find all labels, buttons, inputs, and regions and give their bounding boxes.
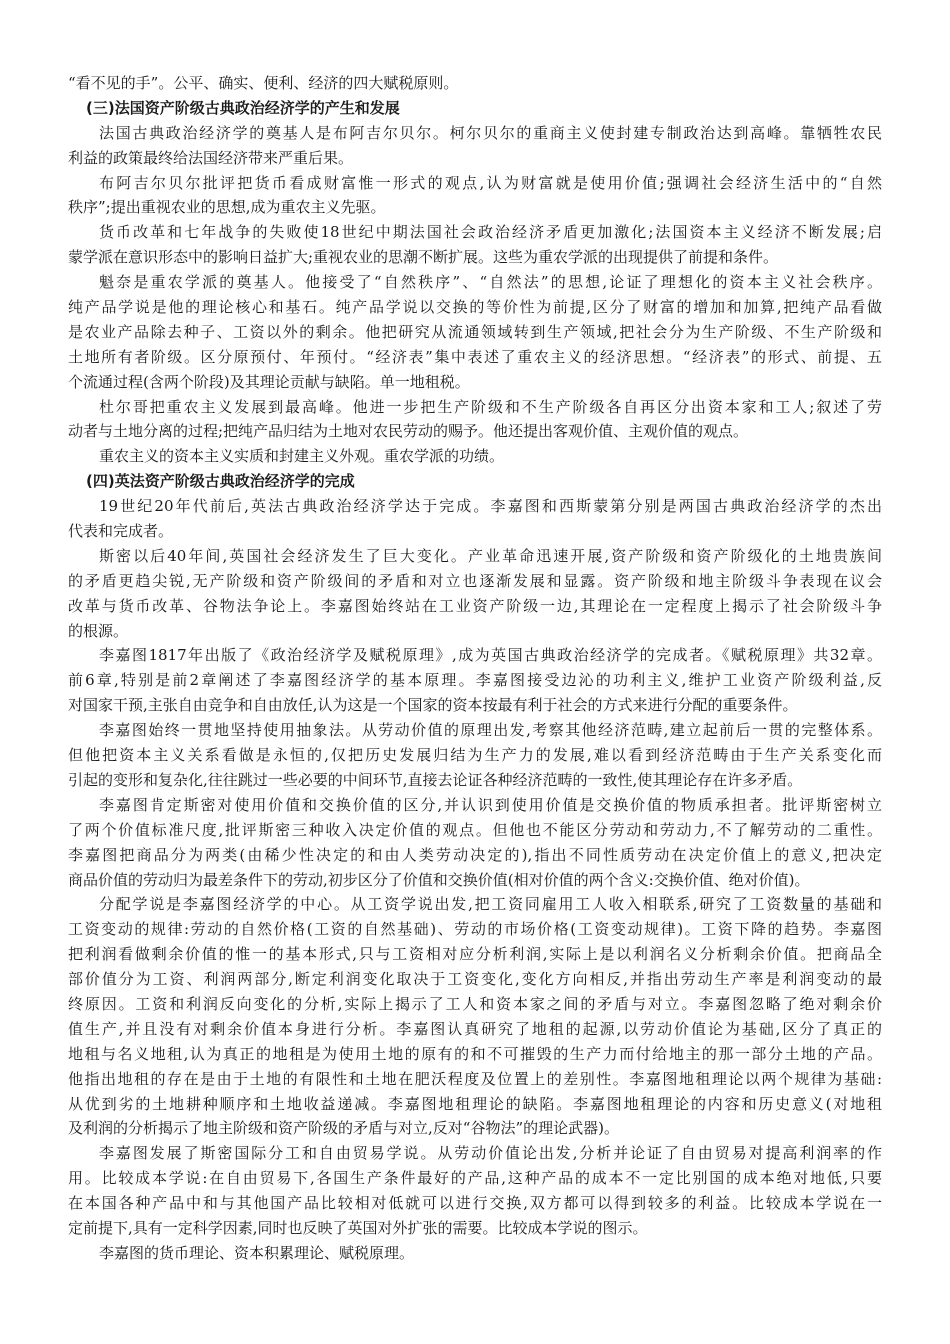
text-line: 用。比较成本学说:在自由贸易下,各国生产条件最好的产品,这种产品的成本不一定比别…: [68, 1166, 882, 1191]
text-line: 李嘉图的货币理论、资本积累理论、赋税原理。: [68, 1241, 882, 1266]
text-line: 重农主义的资本主义实质和封建主义外观。重农学派的功绩。: [68, 444, 882, 469]
text-line: 杜尔哥把重农主义发展到最高峰。他进一步把生产阶级和不生产阶级各自再区分出资本家和…: [68, 395, 882, 420]
text-line: 了两个价值标准尺度,批评斯密三种收入决定价值的观点。但他也不能区分劳动和劳动力,…: [68, 818, 882, 843]
paragraph: 李嘉图1817年出版了《政治经济学及赋税原理》,成为英国古典政治经济学的完成者。…: [68, 643, 882, 718]
text-line: 魁奈是重农学派的奠基人。他接受了“自然秩序”、“自然法”的思想,论证了理想化的资…: [68, 270, 882, 295]
text-line: 但他把资本主义关系看做是永恒的,仅把历史发展归结为生产力的发展,难以看到经济范畴…: [68, 743, 882, 768]
text-line: 值生产,并且没有对剩余价值本身进行分析。李嘉图认真研究了地租的起源,以劳动价值论…: [68, 1017, 882, 1042]
paragraph: 重农主义的资本主义实质和封建主义外观。重农学派的功绩。: [68, 444, 882, 469]
text-line: 对国家干预,主张自由竞争和自由放任,认为这是一个国家的资本按最有利于社会的方式来…: [68, 693, 882, 718]
text-line: 商品价值的劳动归为最差条件下的劳动,初步区分了价值和交换价值(相对价值的两个含义…: [68, 868, 882, 893]
text-line: 李嘉图始终一贯地坚持使用抽象法。从劳动价值的原理出发,考察其他经济范畴,建立起前…: [68, 718, 882, 743]
paragraph: 李嘉图的货币理论、资本积累理论、赋税原理。: [68, 1241, 882, 1266]
paragraph: 杜尔哥把重农主义发展到最高峰。他进一步把生产阶级和不生产阶级各自再区分出资本家和…: [68, 395, 882, 445]
text-line: 个流通过程(含两个阶段)及其理论贡献与缺陷。单一地租税。: [68, 370, 882, 395]
paragraph: 布阿吉尔贝尔批评把货币看成财富惟一形式的观点,认为财富就是使用价值;强调社会经济…: [68, 171, 882, 221]
paragraph: 斯密以后40年间,英国社会经济发生了巨大变化。产业革命迅速开展,资产阶级和资产阶…: [68, 544, 882, 644]
section-heading: (三)法国资产阶级古典政治经济学的产生和发展: [68, 96, 882, 121]
text-line: 李嘉图肯定斯密对使用价值和交换价值的区分,并认识到使用价值是交换价值的物质承担者…: [68, 793, 882, 818]
text-line: 的矛盾更趋尖锐,无产阶级和资产阶级间的矛盾和对立也逐渐发展和显露。资产阶级和地主…: [68, 569, 882, 594]
text-line: 部价值分为工资、利润两部分,断定利润变化取决于工资变化,变化方向相反,并指出劳动…: [68, 967, 882, 992]
document-page: “看不见的手”。公平、确实、便利、经济的四大赋税原则。(三)法国资产阶级古典政治…: [68, 71, 882, 1266]
text-line: 及利润的分析揭示了地主阶级和资产阶级的矛盾与对立,反对“谷物法”的理论武器)。: [68, 1116, 882, 1141]
text-line: 货币改革和七年战争的失败使18世纪中期法国社会政治经济矛盾更加激化;法国资本主义…: [68, 220, 882, 245]
text-line: 终原因。工资和利润反向变化的分析,实际上揭示了工人和资本家之间的矛盾与对立。李嘉…: [68, 992, 882, 1017]
text-line: 前6章,特别是前2章阐述了李嘉图经济学的基本原理。李嘉图接受边沁的功利主义,维护…: [68, 668, 882, 693]
text-line: 工资变动的规律:劳动的自然价格(工资的自然基础)、劳动的市场价格(工资变动规律)…: [68, 917, 882, 942]
text-line: 动者与土地分离的过程;把纯产品归结为土地对农民劳动的赐予。他还提出客观价值、主观…: [68, 419, 882, 444]
text-line: 从优到劣的土地耕种顺序和土地收益递减。李嘉图地租理论的缺陷。李嘉图地租理论的内容…: [68, 1092, 882, 1117]
text-line: 19世纪20年代前后,英法古典政治经济学达于完成。李嘉图和西斯蒙第分别是两国古典…: [68, 494, 882, 519]
text-line: 利益的政策最终给法国经济带来严重后果。: [68, 146, 882, 171]
text-line: 纯产品学说是他的理论核心和基石。纯产品学说以交换的等价性为前提,区分了财富的增加…: [68, 295, 882, 320]
text-line: 把利润看做剩余价值的惟一的基本形式,只与工资相对应分析利润,实际上是以利润名义分…: [68, 942, 882, 967]
paragraph: 李嘉图始终一贯地坚持使用抽象法。从劳动价值的原理出发,考察其他经济范畴,建立起前…: [68, 718, 882, 793]
text-line: 的根源。: [68, 619, 882, 644]
text-line: 布阿吉尔贝尔批评把货币看成财富惟一形式的观点,认为财富就是使用价值;强调社会经济…: [68, 171, 882, 196]
text-line: 斯密以后40年间,英国社会经济发生了巨大变化。产业革命迅速开展,资产阶级和资产阶…: [68, 544, 882, 569]
text-line: 是农业产品除去种子、工资以外的剩余。他把研究从流通领域转到生产领域,把社会分为生…: [68, 320, 882, 345]
text-line: 蒙学派在意识形态中的影响日益扩大;重视农业的思潮不断扩展。这些为重农学派的出现提…: [68, 245, 882, 270]
paragraph: 19世纪20年代前后,英法古典政治经济学达于完成。李嘉图和西斯蒙第分别是两国古典…: [68, 494, 882, 544]
paragraph: 李嘉图肯定斯密对使用价值和交换价值的区分,并认识到使用价值是交换价值的物质承担者…: [68, 793, 882, 893]
text-line: 土地所有者阶级。区分原预付、年预付。“经济表”集中表述了重农主义的经济思想。“经…: [68, 345, 882, 370]
paragraph: 李嘉图发展了斯密国际分工和自由贸易学说。从劳动价值论出发,分析并论证了自由贸易对…: [68, 1141, 882, 1241]
text-line: 分配学说是李嘉图经济学的中心。从工资学说出发,把工资同雇用工人收入相联系,研究了…: [68, 892, 882, 917]
text-line: 李嘉图把商品分为两类(由稀少性决定的和由人类劳动决定的),指出不同性质劳动在决定…: [68, 843, 882, 868]
paragraph: 法国古典政治经济学的奠基人是布阿吉尔贝尔。柯尔贝尔的重商主义使封建专制政治达到高…: [68, 121, 882, 171]
text-line: “看不见的手”。公平、确实、便利、经济的四大赋税原则。: [68, 71, 882, 96]
text-line: 在本国各种产品中和与其他国产品比较相对低就可以进行交换,双方都可以得到较多的利益…: [68, 1191, 882, 1216]
text-line: 地租与名义地租,认为真正的地租是为使用土地的原有的和不可摧毁的生产力而付给地主的…: [68, 1042, 882, 1067]
text-line: 李嘉图发展了斯密国际分工和自由贸易学说。从劳动价值论出发,分析并论证了自由贸易对…: [68, 1141, 882, 1166]
text-line: 秩序”;提出重视农业的思想,成为重农主义先驱。: [68, 195, 882, 220]
text-line: 引起的变形和复杂化,往往跳过一些必要的中间环节,直接去论证各种经济范畴的一致性,…: [68, 768, 882, 793]
text-line: 定前提下,具有一定科学因素,同时也反映了英国对外扩张的需要。比较成本学说的图示。: [68, 1216, 882, 1241]
paragraph: 魁奈是重农学派的奠基人。他接受了“自然秩序”、“自然法”的思想,论证了理想化的资…: [68, 270, 882, 394]
paragraph: 分配学说是李嘉图经济学的中心。从工资学说出发,把工资同雇用工人收入相联系,研究了…: [68, 892, 882, 1141]
text-line: 改革与货币改革、谷物法争论上。李嘉图始终站在工业资产阶级一边,其理论在一定程度上…: [68, 594, 882, 619]
text-line: 法国古典政治经济学的奠基人是布阿吉尔贝尔。柯尔贝尔的重商主义使封建专制政治达到高…: [68, 121, 882, 146]
paragraph: “看不见的手”。公平、确实、便利、经济的四大赋税原则。: [68, 71, 882, 96]
section-heading: (四)英法资产阶级古典政治经济学的完成: [68, 469, 882, 494]
text-line: 他指出地租的存在是由于土地的有限性和土地在肥沃程度及位置上的差别性。李嘉图地租理…: [68, 1067, 882, 1092]
paragraph: 货币改革和七年战争的失败使18世纪中期法国社会政治经济矛盾更加激化;法国资本主义…: [68, 220, 882, 270]
text-line: 李嘉图1817年出版了《政治经济学及赋税原理》,成为英国古典政治经济学的完成者。…: [68, 643, 882, 668]
text-line: 代表和完成者。: [68, 519, 882, 544]
